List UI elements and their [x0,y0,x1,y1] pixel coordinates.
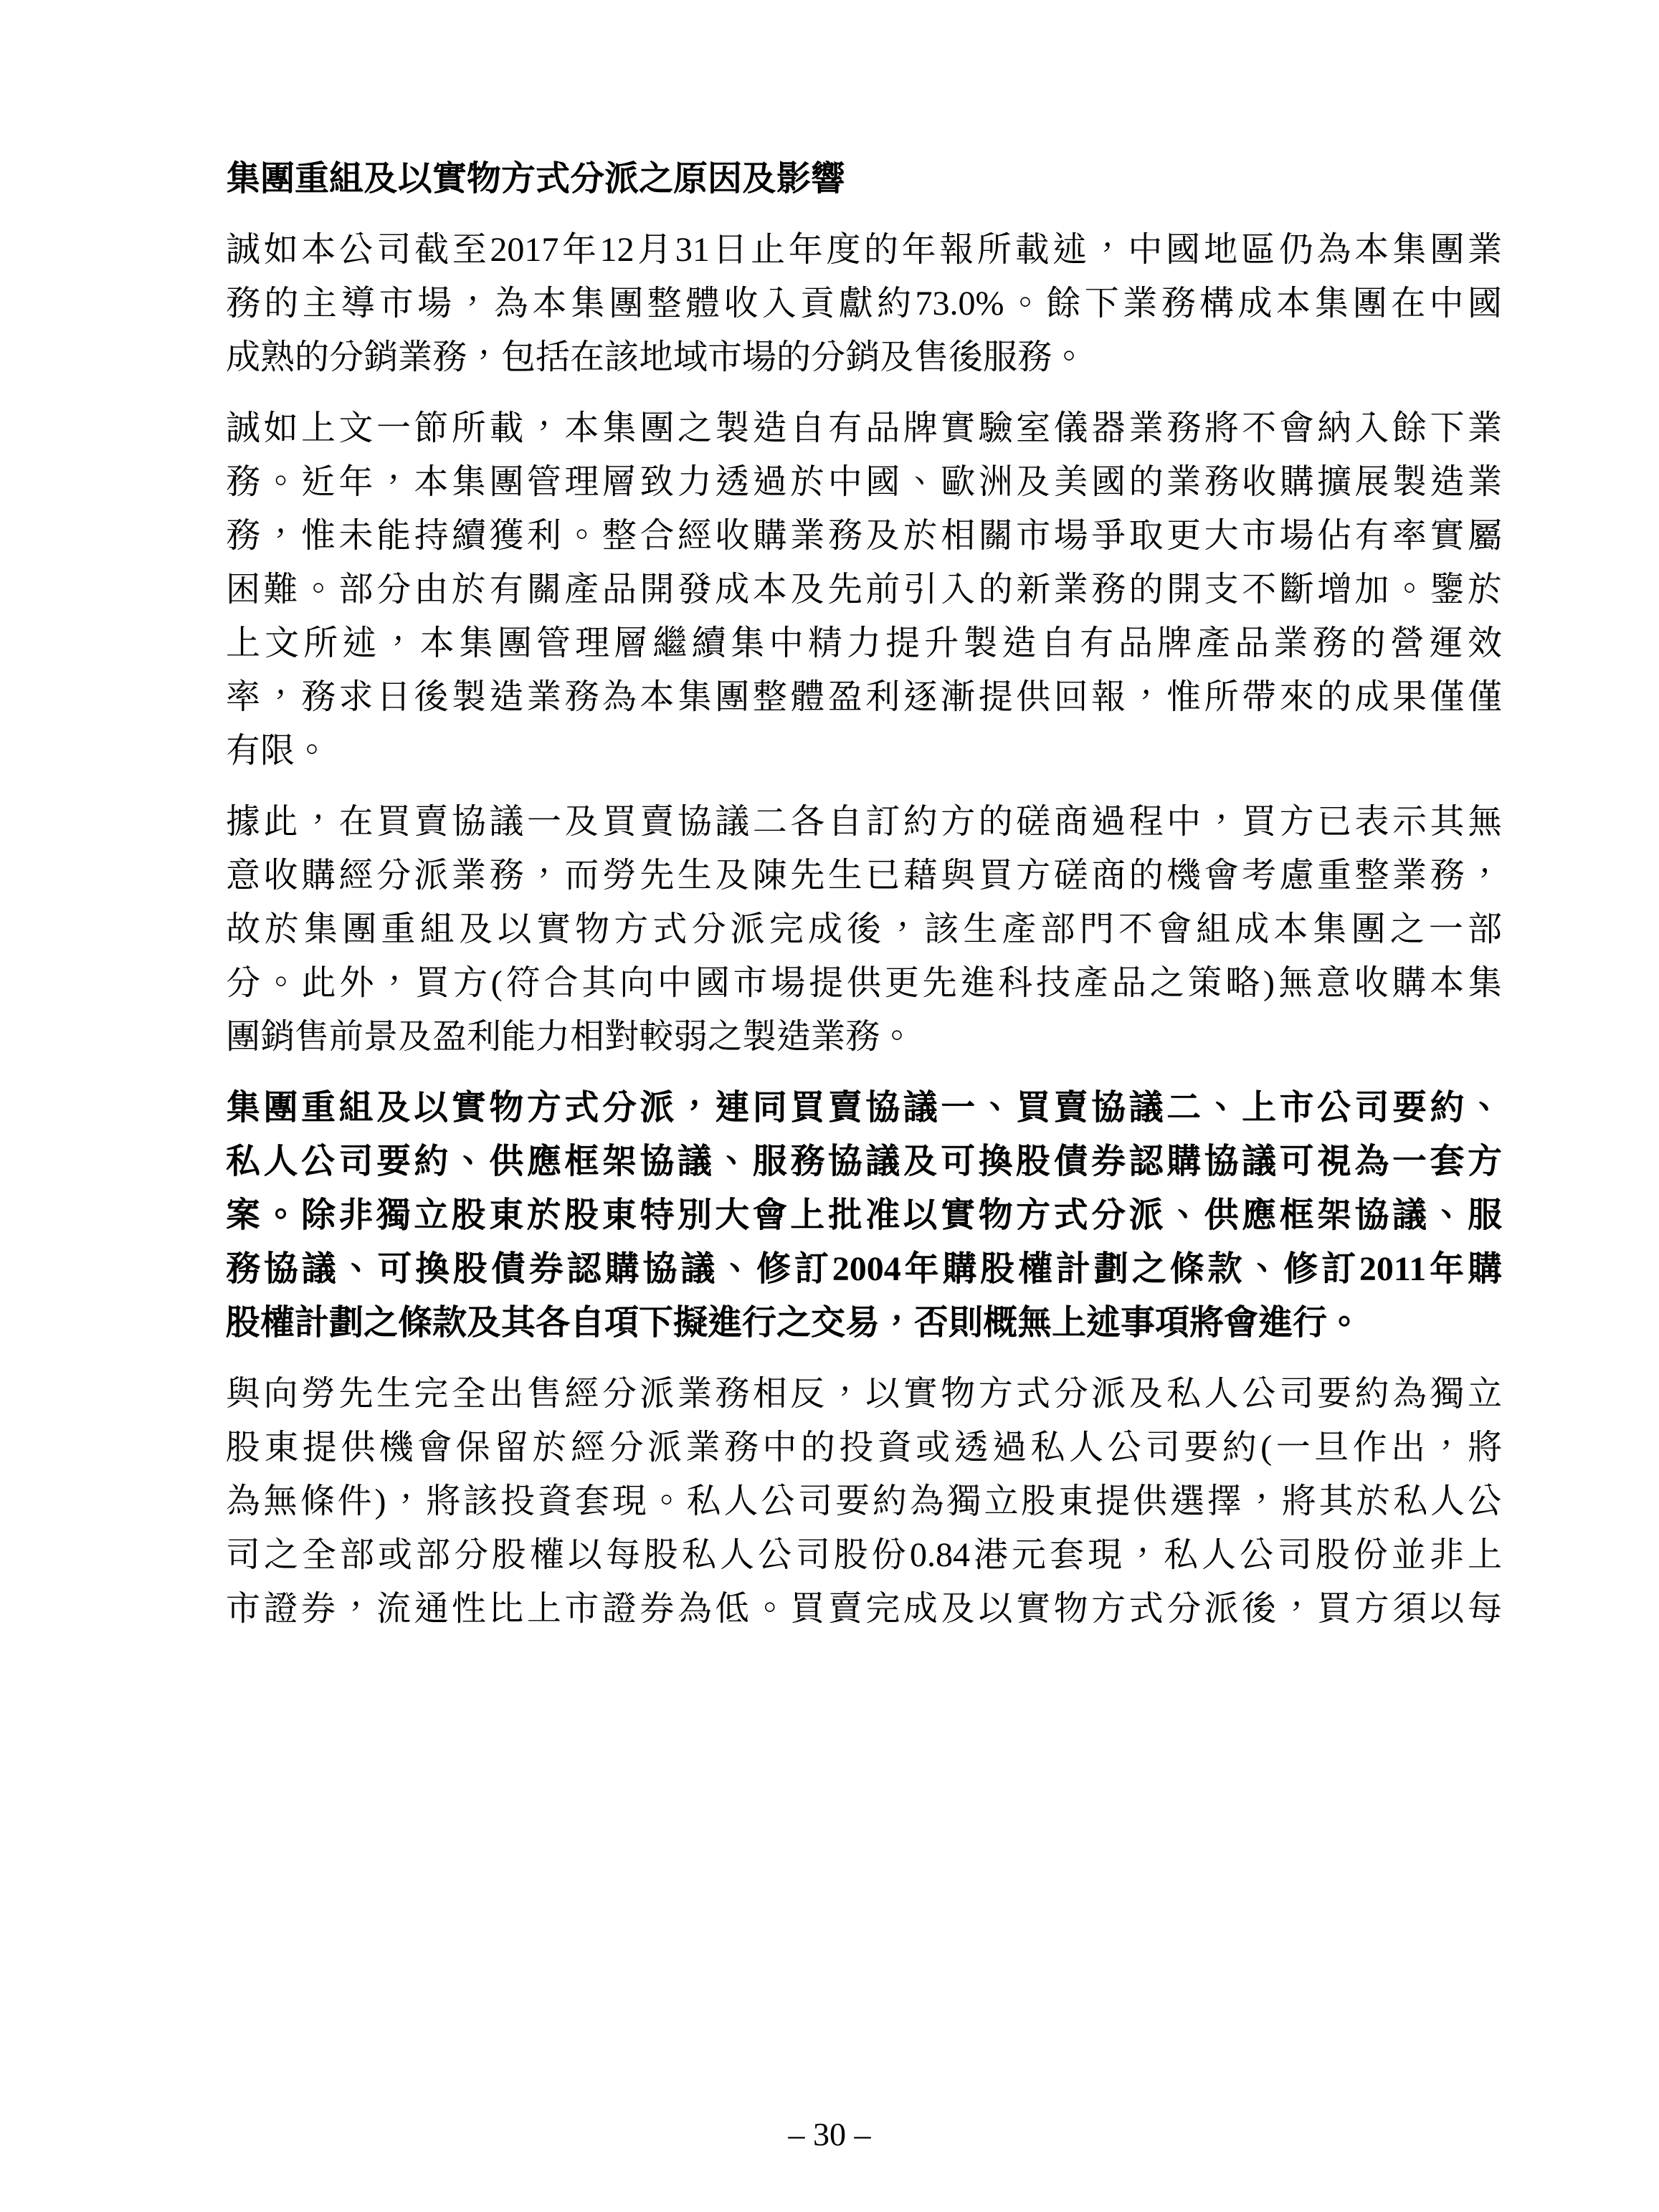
page-number: – 30 – [0,2115,1659,2155]
text-line: 意收購經分派業務，而勞先生及陳先生已藉與買方磋商的機會考慮重整業務， [226,849,1502,902]
text-line: 案。除非獨立股東於股東特別大會上批准以實物方式分派、供應框架協議、服 [226,1188,1502,1242]
paragraph-1: 誠如本公司截至2017年12月31日止年度的年報所載述，中國地區仍為本集團業 務… [226,223,1502,384]
text-line: 務的主導市場，為本集團整體收入貢獻約73.0%。餘下業務構成本集團在中國 [226,277,1502,330]
paragraph-5: 與向勞先生完全出售經分派業務相反，以實物方式分派及私人公司要約為獨立 股東提供機… [226,1367,1502,1636]
text-line: 市證券，流通性比上市證券為低。買賣完成及以實物方式分派後，買方須以每 [226,1582,1502,1636]
text-line: 股權計劃之條款及其各自項下擬進行之交易，否則概無上述事項將會進行。 [226,1296,1502,1350]
paragraph-3: 據此，在買賣協議一及買賣協議二各自訂約方的磋商過程中，買方已表示其無 意收購經分… [226,795,1502,1064]
text-line: 集團重組及以實物方式分派，連同買賣協議一、買賣協議二、上市公司要約、 [226,1081,1502,1135]
text-line: 務，惟未能持續獲利。整合經收購業務及於相關市場爭取更大市場佔有率實屬 [226,509,1502,563]
text-line: 誠如上文一節所載，本集團之製造自有品牌實驗室儀器業務將不會納入餘下業 [226,401,1502,455]
text-line: 困難。部分由於有關產品開發成本及先前引入的新業務的開支不斷增加。鑒於 [226,563,1502,616]
document-page: 集團重組及以實物方式分派之原因及影響 誠如本公司截至2017年12月31日止年度… [0,0,1659,2212]
paragraph-2: 誠如上文一節所載，本集團之製造自有品牌實驗室儀器業務將不會納入餘下業 務。近年，… [226,401,1502,778]
paragraph-4-bold: 集團重組及以實物方式分派，連同買賣協議一、買賣協議二、上市公司要約、 私人公司要… [226,1081,1502,1350]
text-line: 誠如本公司截至2017年12月31日止年度的年報所載述，中國地區仍為本集團業 [226,223,1502,277]
text-line: 上文所述，本集團管理層繼續集中精力提升製造自有品牌產品業務的營運效 [226,616,1502,670]
text-line: 司之全部或部分股權以每股私人公司股份0.84港元套現，私人公司股份並非上 [226,1528,1502,1582]
text-line: 據此，在買賣協議一及買賣協議二各自訂約方的磋商過程中，買方已表示其無 [226,795,1502,849]
text-line: 股東提供機會保留於經分派業務中的投資或透過私人公司要約(一旦作出，將 [226,1421,1502,1474]
text-line: 成熟的分銷業務，包括在該地域市場的分銷及售後服務。 [226,330,1502,384]
text-line: 務。近年，本集團管理層致力透過於中國、歐洲及美國的業務收購擴展製造業 [226,455,1502,509]
text-line: 與向勞先生完全出售經分派業務相反，以實物方式分派及私人公司要約為獨立 [226,1367,1502,1421]
text-line: 有限。 [226,724,1502,778]
text-line: 故於集團重組及以實物方式分派完成後，該生產部門不會組成本集團之一部 [226,902,1502,956]
text-line: 率，務求日後製造業務為本集團整體盈利逐漸提供回報，惟所帶來的成果僅僅 [226,670,1502,724]
text-line: 分。此外，買方(符合其向中國市場提供更先進科技產品之策略)無意收購本集 [226,956,1502,1010]
text-line: 私人公司要約、供應框架協議、服務協議及可換股債券認購協議可視為一套方 [226,1135,1502,1188]
text-line: 務協議、可換股債券認購協議、修訂2004年購股權計劃之條款、修訂2011年購 [226,1242,1502,1296]
text-line: 為無條件)，將該投資套現。私人公司要約為獨立股東提供選擇，將其於私人公 [226,1474,1502,1528]
section-heading: 集團重組及以實物方式分派之原因及影響 [226,152,1502,206]
content-area: 集團重組及以實物方式分派之原因及影響 誠如本公司截至2017年12月31日止年度… [226,152,1502,1653]
text-line: 團銷售前景及盈利能力相對較弱之製造業務。 [226,1010,1502,1064]
